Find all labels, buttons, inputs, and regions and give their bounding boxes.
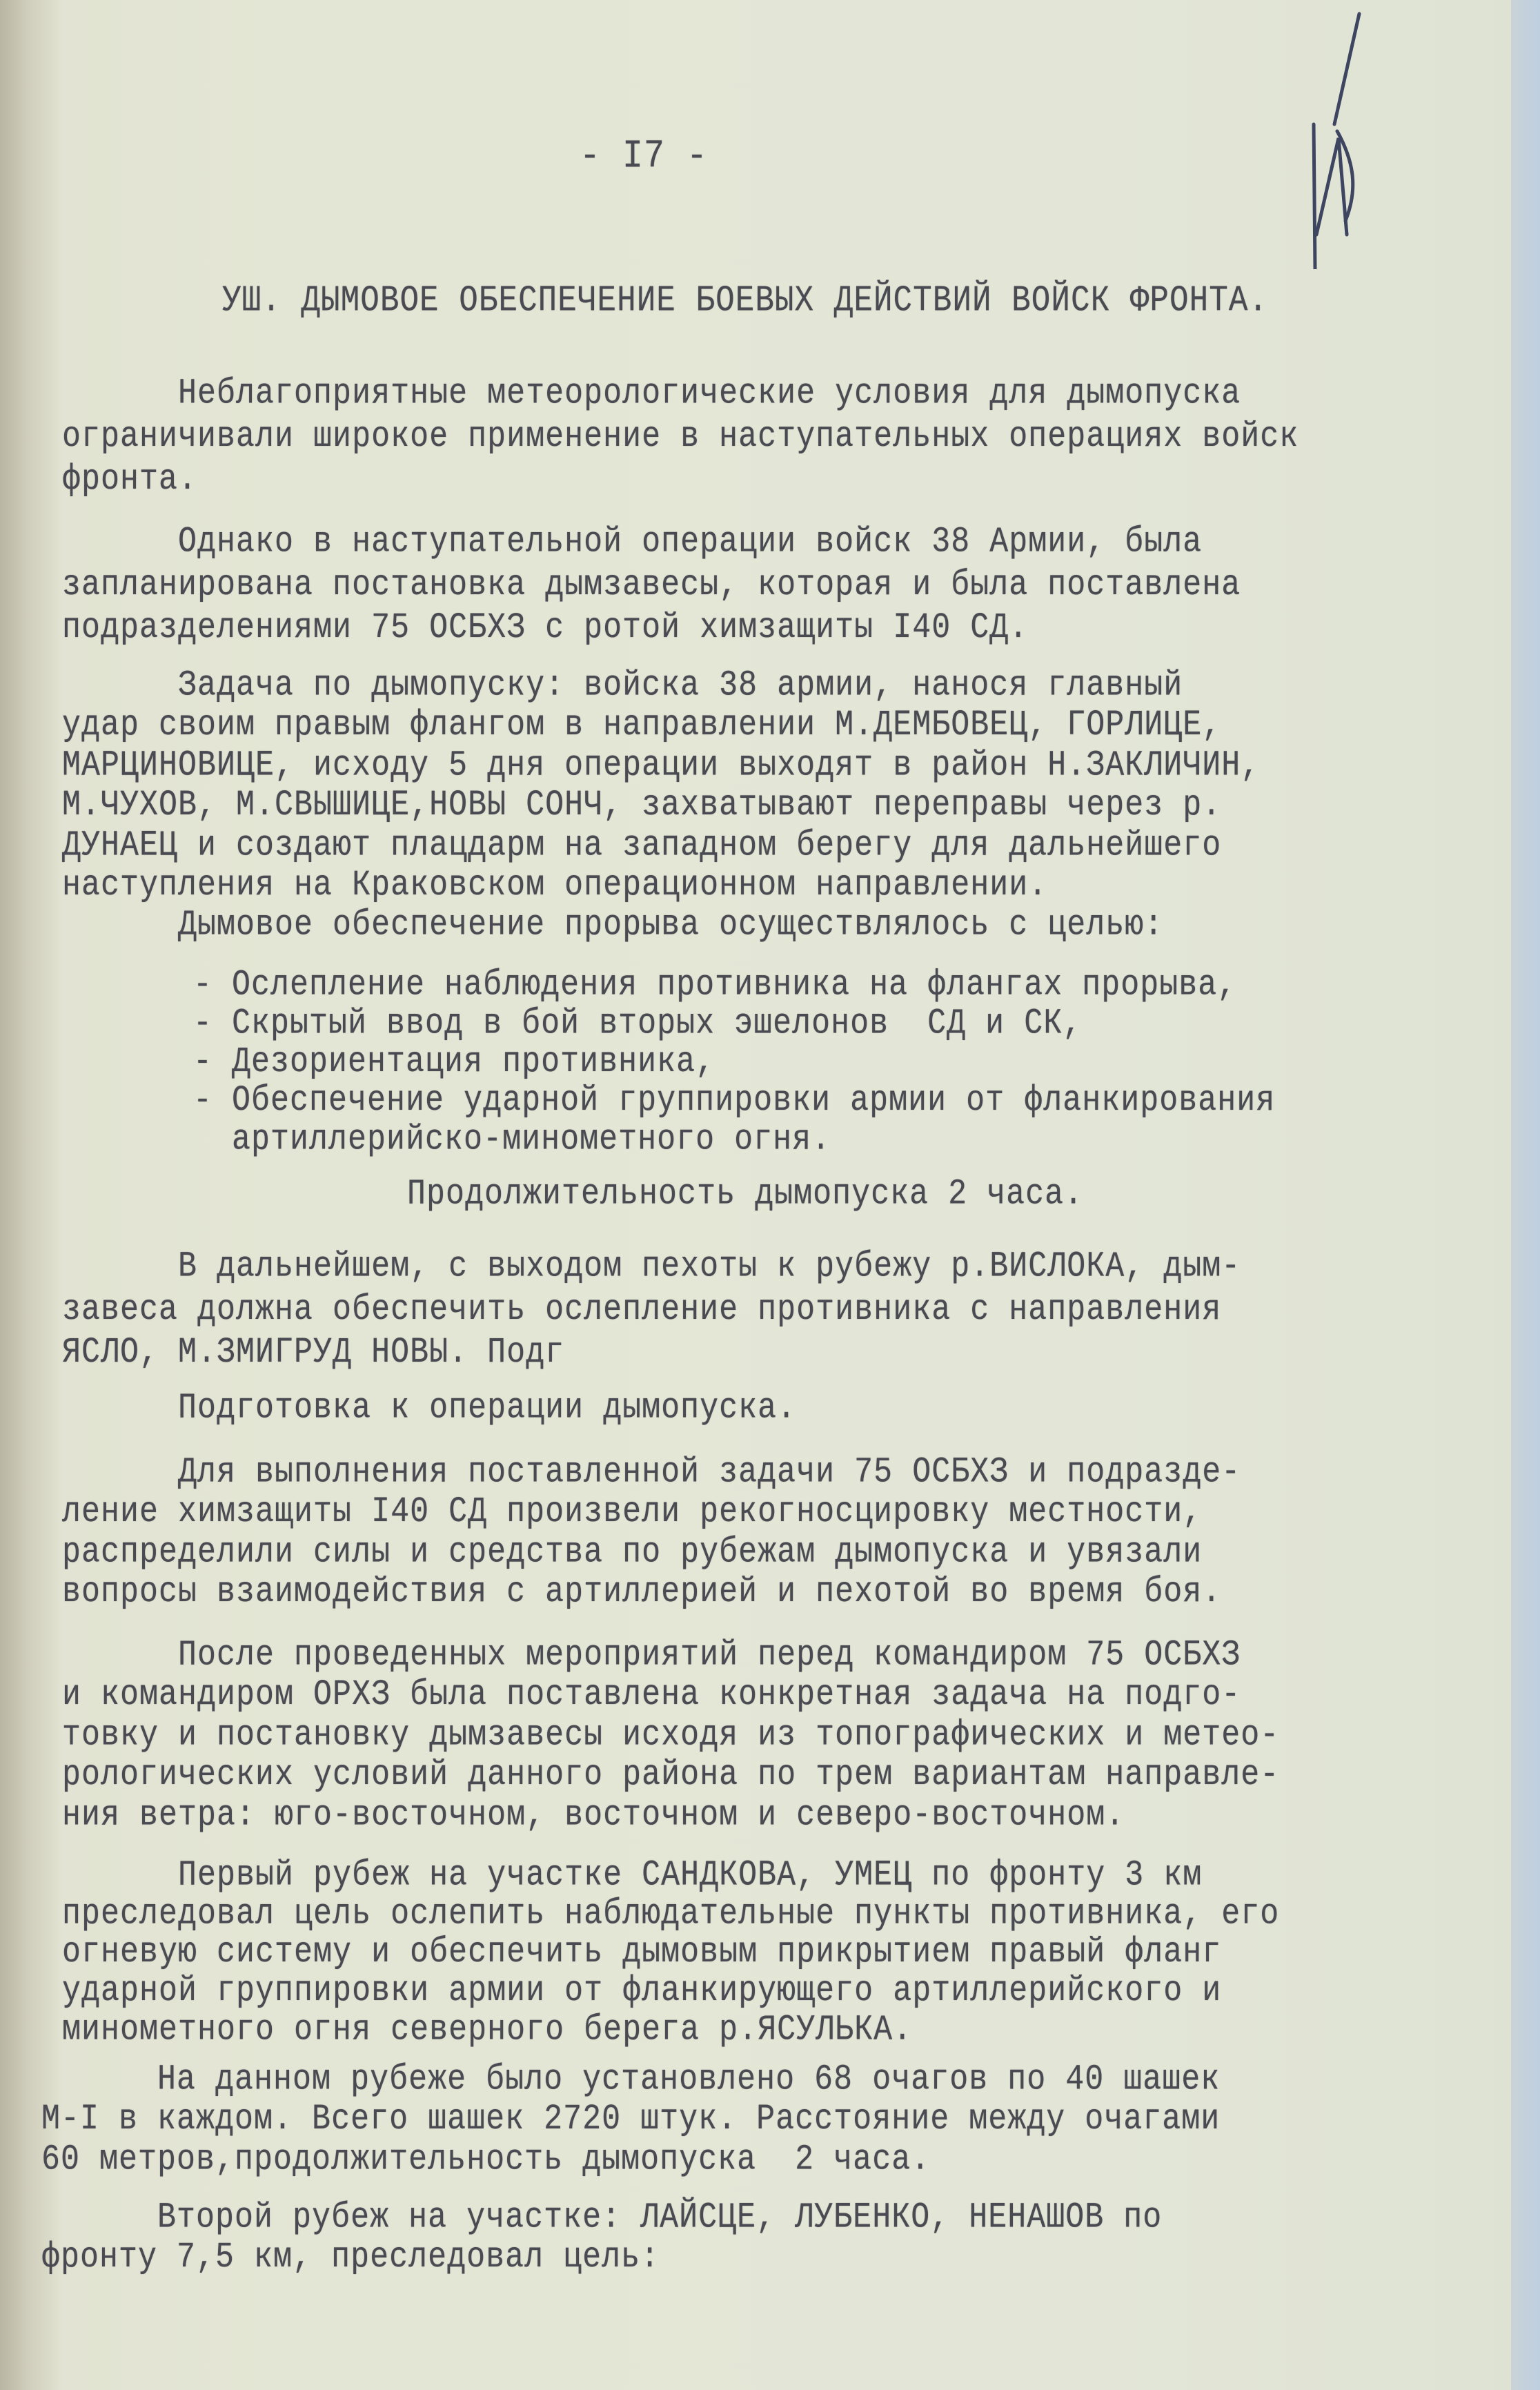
text-line: вопросы взаимодействия с артиллерией и п… <box>62 1573 1241 1613</box>
paragraph: Первый рубеж на участке САНДКОВА, УМЕЦ п… <box>62 1857 1279 2050</box>
paragraph: На данном рубеже было установлено 68 оча… <box>41 2060 1220 2180</box>
text-line: и командиром ОРХЗ была поставлена конкре… <box>62 1676 1279 1716</box>
text-line: наступления на Краковском операционном н… <box>62 866 1260 906</box>
text-line: На данном рубеже было установлено 68 оча… <box>41 2060 1220 2100</box>
text-line: МАРЦИНОВИЦЕ, исходу 5 дня операции выход… <box>62 746 1260 786</box>
paragraph: После проведенных мероприятий перед кома… <box>62 1636 1279 1836</box>
text-line: запланирована постановка дымзавесы, кото… <box>62 564 1241 607</box>
text-line: Задача по дымопуску: войска 38 армии, на… <box>62 666 1260 706</box>
page-number: - I7 - <box>580 133 708 182</box>
text-line: Неблагоприятные метеорологические услови… <box>62 373 1299 415</box>
text-line: ление химзащиты I40 СД произвели рекогно… <box>62 1493 1241 1533</box>
paragraph: Дымовое обеспечение прорыва осуществляло… <box>62 904 1163 947</box>
text-line: Для выполнения поставленной задачи 75 ОС… <box>62 1453 1241 1493</box>
text-line: ния ветра: юго-восточном, восточном и се… <box>62 1796 1279 1836</box>
goals-list-item: - Дезориентация противника, <box>193 1044 1275 1082</box>
goals-list-item: артиллерийско-минометного огня. <box>193 1121 1275 1159</box>
text-line: М-I в каждом. Всего шашек 2720 штук. Рас… <box>41 2100 1220 2140</box>
section-title: УШ. ДЫМОВОЕ ОБЕСПЕЧЕНИЕ БОЕВЫХ ДЕЙСТВИЙ … <box>222 276 1268 325</box>
text-line: товку и постановку дымзавесы исходя из т… <box>62 1716 1279 1756</box>
text-line: огневую систему и обеспечить дымовым при… <box>62 1934 1279 1972</box>
text-line: ударной группировки армии от фланкирующе… <box>62 1972 1279 2011</box>
text-line: подразделениями 75 ОСБХЗ с ротой химзащи… <box>62 607 1241 649</box>
text-line: Первый рубеж на участке САНДКОВА, УМЕЦ п… <box>62 1857 1279 1895</box>
paragraph: Неблагоприятные метеорологические услови… <box>62 373 1299 501</box>
text-line: ЯСЛО, М.ЗМИГРУД НОВЫ. Подг <box>62 1331 1241 1374</box>
goals-list-item: - Скрытый ввод в бой вторых эшелонов СД … <box>193 1005 1275 1044</box>
text-line: М.ЧУХОВ, М.СВЫШИЦЕ,НОВЫ СОНЧ, захватываю… <box>62 786 1260 826</box>
text-line: фронта. <box>62 458 1299 501</box>
text-line: рологических условий данного района по т… <box>62 1756 1279 1796</box>
text-line: Второй рубеж на участке: ЛАЙСЦЕ, ЛУБЕНКО… <box>41 2198 1162 2238</box>
paragraph: В дальнейшем, с выходом пехоты к рубежу … <box>62 1246 1241 1374</box>
text-line: распределили силы и средства по рубежам … <box>62 1533 1241 1573</box>
duration-statement: Продолжительность дымопуска 2 часа. <box>407 1173 1083 1216</box>
goals-list-item: - Ослепление наблюдения противника на фл… <box>193 966 1275 1005</box>
text-line: ДУНАЕЦ и создают плацдарм на западном бе… <box>62 826 1260 866</box>
text-line: ограничивали широкое применение в наступ… <box>62 415 1299 458</box>
text-line: В дальнейшем, с выходом пехоты к рубежу … <box>62 1246 1241 1289</box>
text-line: После проведенных мероприятий перед кома… <box>62 1636 1279 1676</box>
goals-list: - Ослепление наблюдения противника на фл… <box>193 966 1275 1159</box>
paragraph: Задача по дымопуску: войска 38 армии, на… <box>62 666 1260 906</box>
text-line: удар своим правым флангом в направлении … <box>62 706 1260 746</box>
paragraph: Подготовка к операции дымопуска. <box>62 1387 796 1430</box>
text-line: фронту 7,5 км, преследовал цель: <box>41 2238 1162 2278</box>
text-line: преследовал цель ослепить наблюдательные… <box>62 1895 1279 1934</box>
goals-list-item: - Обеспечение ударной группировки армии … <box>193 1082 1275 1121</box>
text-line: Продолжительность дымопуска 2 часа. <box>407 1173 1083 1216</box>
text-line: Однако в наступательной операции войск 3… <box>62 521 1241 564</box>
text-line: завеса должна обеспечить ослепление прот… <box>62 1289 1241 1331</box>
text-line: минометного огня северного берега р.ЯСУЛ… <box>62 2011 1279 2050</box>
text-line: 60 метров,продолжительность дымопуска 2 … <box>41 2140 1220 2180</box>
scanner-background-edge <box>1511 0 1540 2390</box>
text-line: Дымовое обеспечение прорыва осуществляло… <box>62 904 1163 947</box>
text-line: Подготовка к операции дымопуска. <box>62 1387 796 1430</box>
paragraph: Второй рубеж на участке: ЛАЙСЦЕ, ЛУБЕНКО… <box>41 2198 1162 2278</box>
handwritten-sheet-number <box>1311 7 1490 269</box>
paragraph: Для выполнения поставленной задачи 75 ОС… <box>62 1453 1241 1613</box>
paragraph: Однако в наступательной операции войск 3… <box>62 521 1241 649</box>
